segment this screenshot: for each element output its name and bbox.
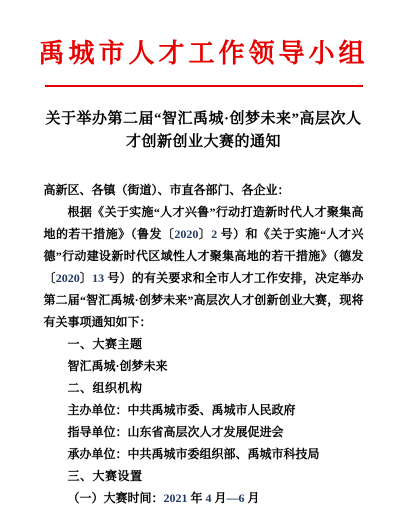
letterhead-title: 禹城市人才工作领导小组 (0, 36, 407, 72)
letterhead-divider (45, 85, 363, 87)
document-body: 高新区、各镇（街道）、市直各部门、各企业： 根据《关于实施“人才兴鲁”行动打造新… (44, 179, 364, 509)
guidance-unit-line: 指导单位：山东省高层次人才发展促进会 (44, 421, 364, 443)
section-2-heading: 二、组织机构 (44, 377, 364, 399)
section-3-heading: 三、大赛设置 (44, 465, 364, 487)
contest-time-text-2: 月 (212, 491, 227, 505)
contest-time-year: 2021 (164, 491, 188, 505)
contest-theme-line: 智汇禹城·创梦未来 (44, 355, 364, 377)
doc-ref-year-1: 2020 (174, 227, 198, 241)
contest-time-label: （一）大赛时间： (68, 491, 164, 505)
host-unit-line: 主办单位：中共禹城市委、禹城市人民政府 (44, 399, 364, 421)
intro-text-2: 〕 (198, 227, 211, 241)
contest-time-dash: — (227, 491, 239, 505)
section-1-heading: 一、大赛主题 (44, 333, 364, 355)
document-title: 关于举办第二届“智汇禹城·创梦未来”高层次人 才创新创业大赛的通知 (0, 108, 407, 154)
organizer-unit-line: 承办单位：中共禹城市委组织部、禹城市科技局 (44, 443, 364, 465)
document-title-line-2: 才创新创业大赛的通知 (0, 131, 407, 154)
doc-ref-number-2: 13 (92, 271, 104, 285)
salutation-line: 高新区、各镇（街道）、市直各部门、各企业： (44, 179, 364, 201)
contest-time-text-3: 月 (245, 491, 260, 505)
contest-time-line: （一）大赛时间：2021 年 4 月—6 月 (44, 487, 364, 509)
doc-ref-year-2: 2020 (56, 271, 80, 285)
official-document-page: 禹城市人才工作领导小组 关于举办第二届“智汇禹城·创梦未来”高层次人 才创新创业… (0, 0, 407, 515)
intro-paragraph: 根据《关于实施“人才兴鲁”行动打造新时代人才聚集高地的若干措施》（鲁发〔2020… (44, 201, 364, 333)
document-title-line-1: 关于举办第二届“智汇禹城·创梦未来”高层次人 (0, 108, 407, 131)
contest-time-text-1: 年 (188, 491, 206, 505)
intro-text-4: 〕 (80, 271, 92, 285)
